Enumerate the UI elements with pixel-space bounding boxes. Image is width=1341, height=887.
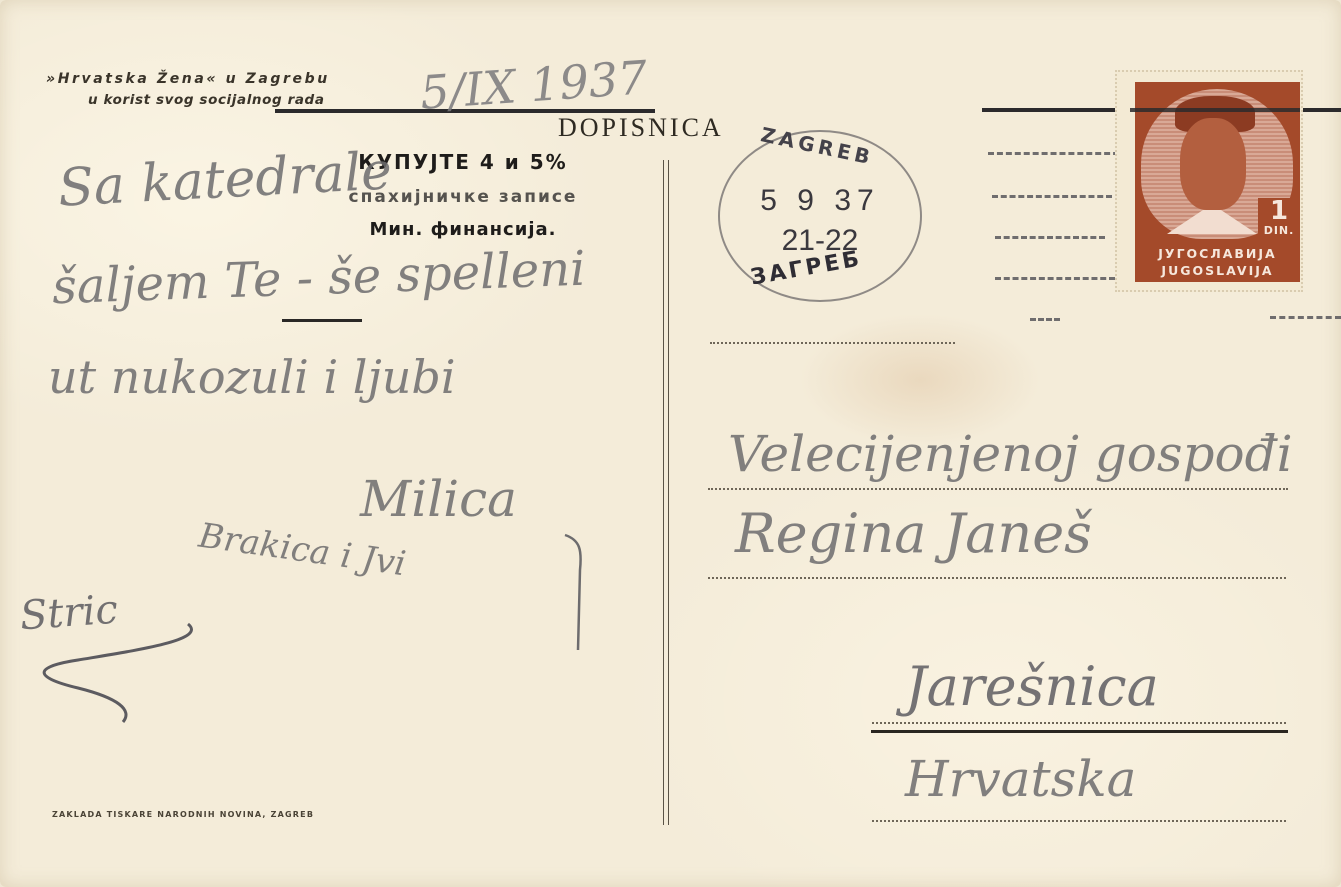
cancel-line	[995, 236, 1105, 239]
cancel-line	[1270, 316, 1341, 319]
address-recipient-name: Regina Janeš	[735, 502, 1092, 565]
signature-flourish-icon	[18, 610, 208, 725]
cancel-line	[1130, 108, 1300, 112]
cancel-line	[995, 277, 1115, 280]
address-town: Jarešnica	[905, 655, 1159, 718]
message-line-2: šaljem Te - še spelleni	[51, 241, 586, 316]
signature-flourish-icon	[560, 530, 600, 660]
stamp-country-latin: JUGOSLAVIJA	[1135, 263, 1300, 278]
address-underline	[871, 730, 1288, 733]
postmark: ZAGREB 5 9 37 21-22 ЗАГРЕБ	[718, 130, 922, 302]
card-title: DOPISNICA	[558, 113, 724, 143]
address-line-4	[872, 820, 1286, 822]
postage-stamp: 1 DIN. ЈУГОСЛАВИЈА JUGOSLAVIJA	[1115, 70, 1303, 292]
stamp-value-number: 1	[1258, 198, 1300, 224]
postmark-date: 5 9 37	[720, 184, 920, 218]
postcard: »Hrvatska Žena« u Zagrebu u korist svog …	[0, 0, 1341, 887]
stamp-face: 1 DIN. ЈУГОСЛАВИЈА JUGOSLAVIJA	[1135, 82, 1300, 282]
postmark-city-top: ZAGREB	[759, 122, 876, 169]
address-country: Hrvatska	[905, 750, 1136, 808]
center-divider	[663, 160, 669, 825]
slogan-line-3: Мин. финансија.	[278, 219, 648, 240]
portrait-icon	[1180, 118, 1246, 210]
address-salutation: Velecijenjenoj gospođi	[728, 425, 1293, 483]
address-line-2	[708, 577, 1286, 579]
slogan-underline	[282, 319, 362, 322]
address-line-0	[710, 342, 955, 344]
message-line-3: ut nukozuli i ljubi	[48, 350, 456, 404]
printer-credit: ZAKLADA TISKARE NARODNIH NOVINA, ZAGREB	[52, 810, 314, 819]
address-line-1	[708, 488, 1288, 490]
signature-milica: Milica	[360, 470, 517, 528]
address-line-3	[872, 722, 1286, 724]
cancel-line	[1030, 318, 1060, 321]
publisher-name: »Hrvatska Žena« u Zagrebu	[46, 71, 330, 87]
cancel-line	[988, 152, 1128, 155]
cancel-line	[992, 195, 1112, 198]
stamp-value: 1 DIN.	[1258, 198, 1300, 240]
stamp-country-cyrillic: ЈУГОСЛАВИЈА	[1135, 246, 1300, 261]
stamp-value-unit: DIN.	[1258, 224, 1300, 237]
publisher-subtitle: u korist svog socijalnog rada	[88, 92, 325, 108]
